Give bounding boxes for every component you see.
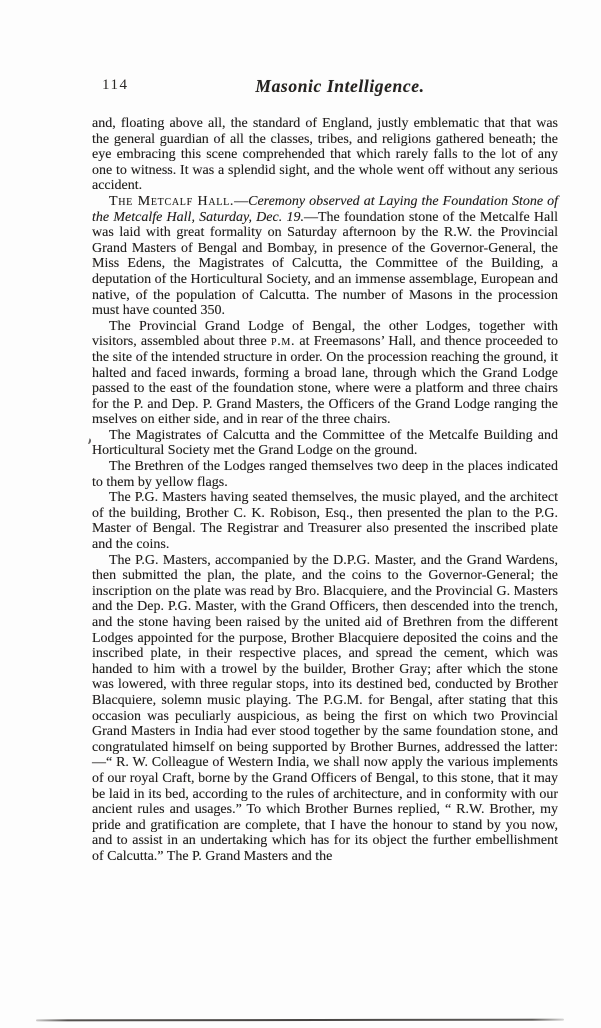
- ink-speck: [85, 437, 91, 444]
- paragraph: The Brethren of the Lodges ranged themse…: [92, 459, 558, 490]
- page-number: 114: [102, 77, 128, 94]
- paragraph: The Provincial Grand Lodge of Bengal, th…: [92, 319, 558, 428]
- body-text: and, floating above all, the standard of…: [92, 116, 558, 193]
- paragraph: The P.G. Masters, accompanied by the D.P…: [92, 553, 558, 865]
- paragraph: The Metcalf Hall.—Ceremony observed at L…: [92, 194, 558, 319]
- document-page: 114 Masonic Intelligence. and, floating …: [0, 0, 601, 1028]
- body-text: The Brethren of the Lodges ranged themse…: [92, 459, 558, 490]
- body-text: The P.G. Masters, accompanied by the D.P…: [92, 553, 558, 864]
- paragraph: The P.G. Masters having seated themselve…: [92, 490, 558, 552]
- running-head: Masonic Intelligence.: [92, 76, 558, 97]
- smallcaps-text: p.m.: [271, 334, 295, 349]
- smallcaps-text: The Metcalf Hall.: [109, 194, 234, 209]
- body-text: The Magistrates of Calcutta and the Comm…: [92, 428, 558, 459]
- page-bottom-rule: [36, 1019, 564, 1022]
- paragraph: The Magistrates of Calcutta and the Comm…: [92, 428, 558, 459]
- body-text: The P.G. Masters having seated themselve…: [92, 490, 558, 552]
- article-body: and, floating above all, the standard of…: [92, 116, 558, 865]
- body-text: —: [234, 194, 248, 209]
- paragraph: and, floating above all, the standard of…: [92, 116, 558, 194]
- page-header: 114 Masonic Intelligence.: [92, 76, 558, 98]
- body-text: —The foundation stone of the Metcalfe Ha…: [92, 210, 558, 319]
